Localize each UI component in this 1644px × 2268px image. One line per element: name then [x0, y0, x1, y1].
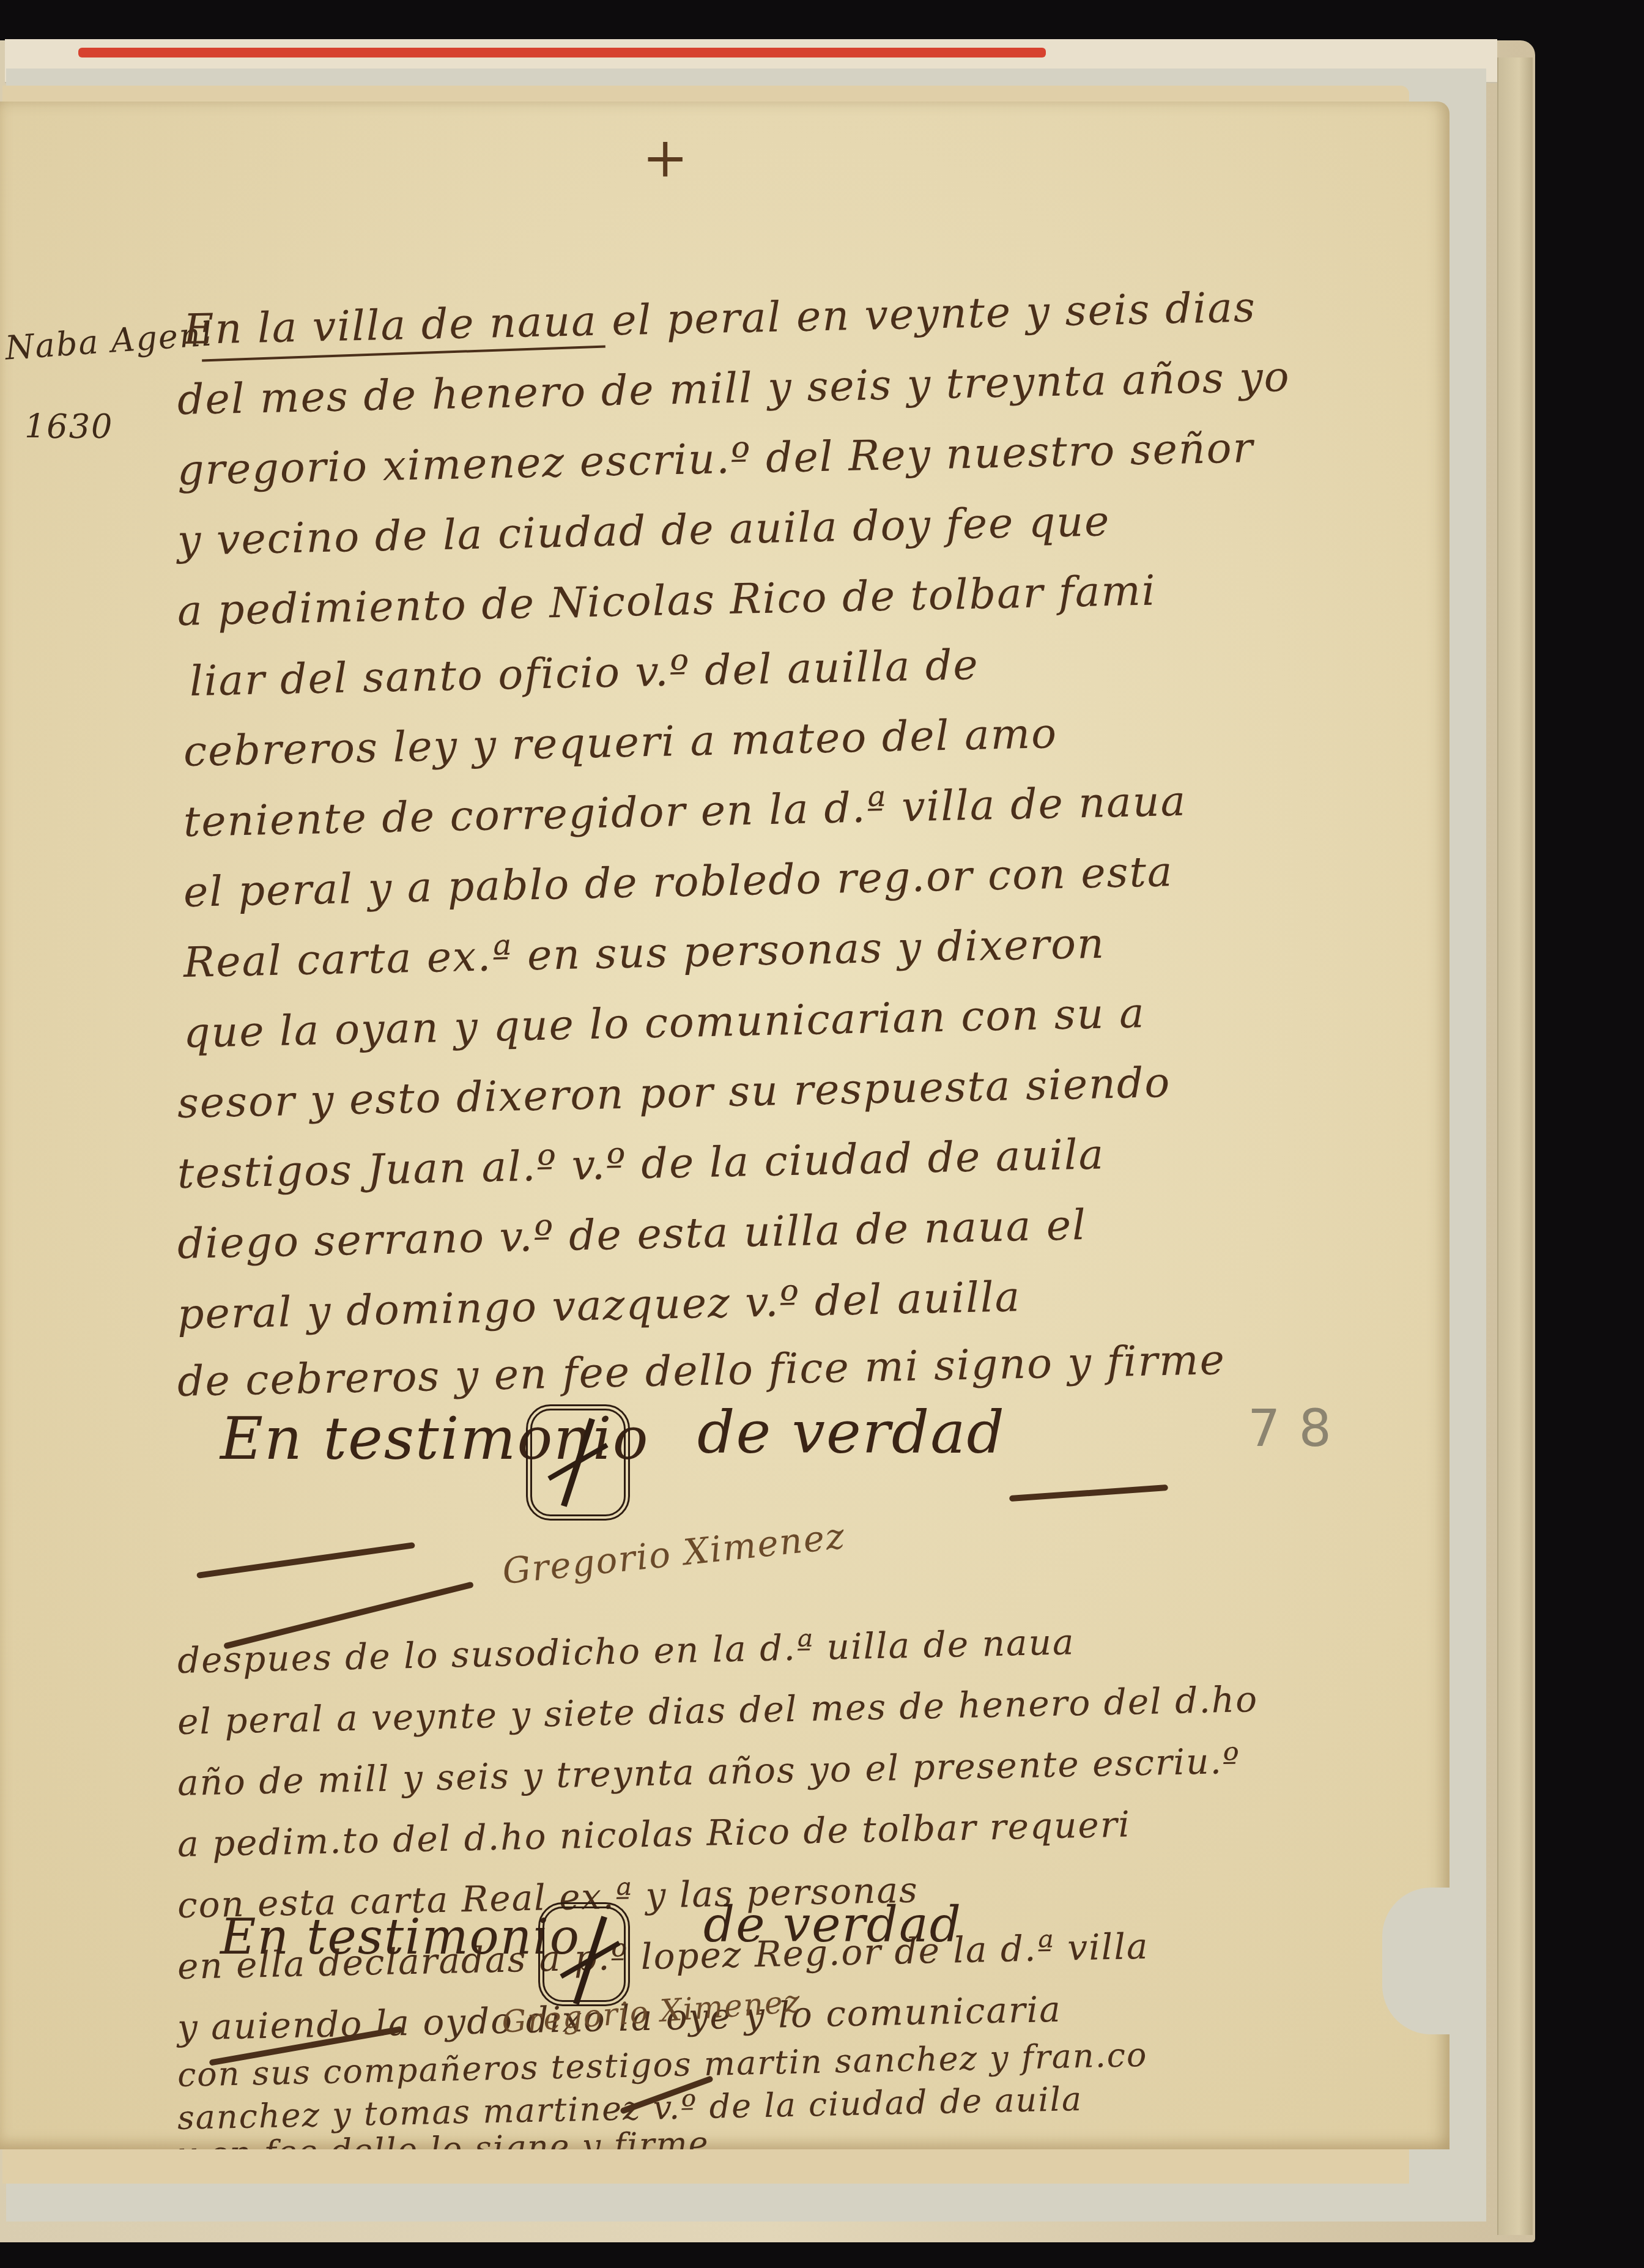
invocation-cross: + — [642, 126, 689, 190]
rubric-flourish — [1009, 1484, 1168, 1502]
notarial-signum — [526, 1404, 630, 1521]
text-line: el peral a veynte y siete dias del mes d… — [177, 1681, 1258, 1740]
attestation-right: de verdad — [703, 1896, 962, 1953]
text-line: cebreros ley y requeri a mateo del amo — [183, 713, 1057, 773]
text-line: que la oyan y que lo comunicarian con su… — [183, 993, 1146, 1054]
notarial-signum — [538, 1902, 630, 2006]
text-line: gregorio ximenez escriu.º del Rey nuestr… — [177, 428, 1254, 492]
text-line: diego serrano v.º de esta uilla de naua … — [177, 1205, 1087, 1266]
text-line: testigos Juan al.º v.º de la ciudad de a… — [177, 1134, 1105, 1195]
text-line: teniente de corregidor en la d.ª villa d… — [183, 781, 1187, 843]
folder-flap — [1497, 57, 1533, 2235]
text-line: de cebreros y en fee dello fice mi signo… — [177, 1340, 1226, 1403]
text-line: el peral y a pablo de robledo reg.or con… — [183, 851, 1174, 914]
text-line: Real carta ex.ª en sus personas y dixero… — [183, 923, 1105, 984]
text-line: a pedimiento de Nicolas Rico de tolbar f… — [177, 570, 1157, 632]
torn-edge — [1382, 1888, 1450, 2034]
text-line: despues de lo susodicho en la d.ª uilla … — [177, 1624, 1075, 1678]
red-archival-mark — [78, 48, 1046, 57]
text-line: del mes de henero de mill y seis y treyn… — [177, 357, 1290, 421]
rubric-flourish — [196, 1542, 415, 1579]
text-line: año de mill y seis y treynta años yo el … — [177, 1743, 1240, 1801]
text-line: a pedim.to del d.ho nicolas Rico de tolb… — [177, 1806, 1131, 1862]
attestation-right: de verdad — [697, 1398, 1005, 1467]
text-line: peral y domingo vazquez v.º del auilla — [177, 1277, 1021, 1336]
text-line: sesor y esto dixeron por su respuesta si… — [177, 1062, 1171, 1125]
folio-number: 78 — [1248, 1398, 1350, 1458]
margin-note-year: 1630 — [24, 407, 113, 446]
manuscript-page: + Naba Agenl 1630 78 En la villa de naua… — [0, 102, 1450, 2149]
text-line: liar del santo oficio v.º del auilla de — [189, 645, 979, 703]
text-line: En la villa de naua el peral en veynte y… — [183, 287, 1256, 351]
attestation-left: En testimonio — [220, 1908, 580, 1965]
manuscript-scan: + Naba Agenl 1630 78 En la villa de naua… — [0, 0, 1644, 2268]
text-line: y vecino de la ciudad de auila doy fee q… — [177, 501, 1111, 562]
signer-name: Gregorio Ximenez — [500, 1515, 847, 1593]
